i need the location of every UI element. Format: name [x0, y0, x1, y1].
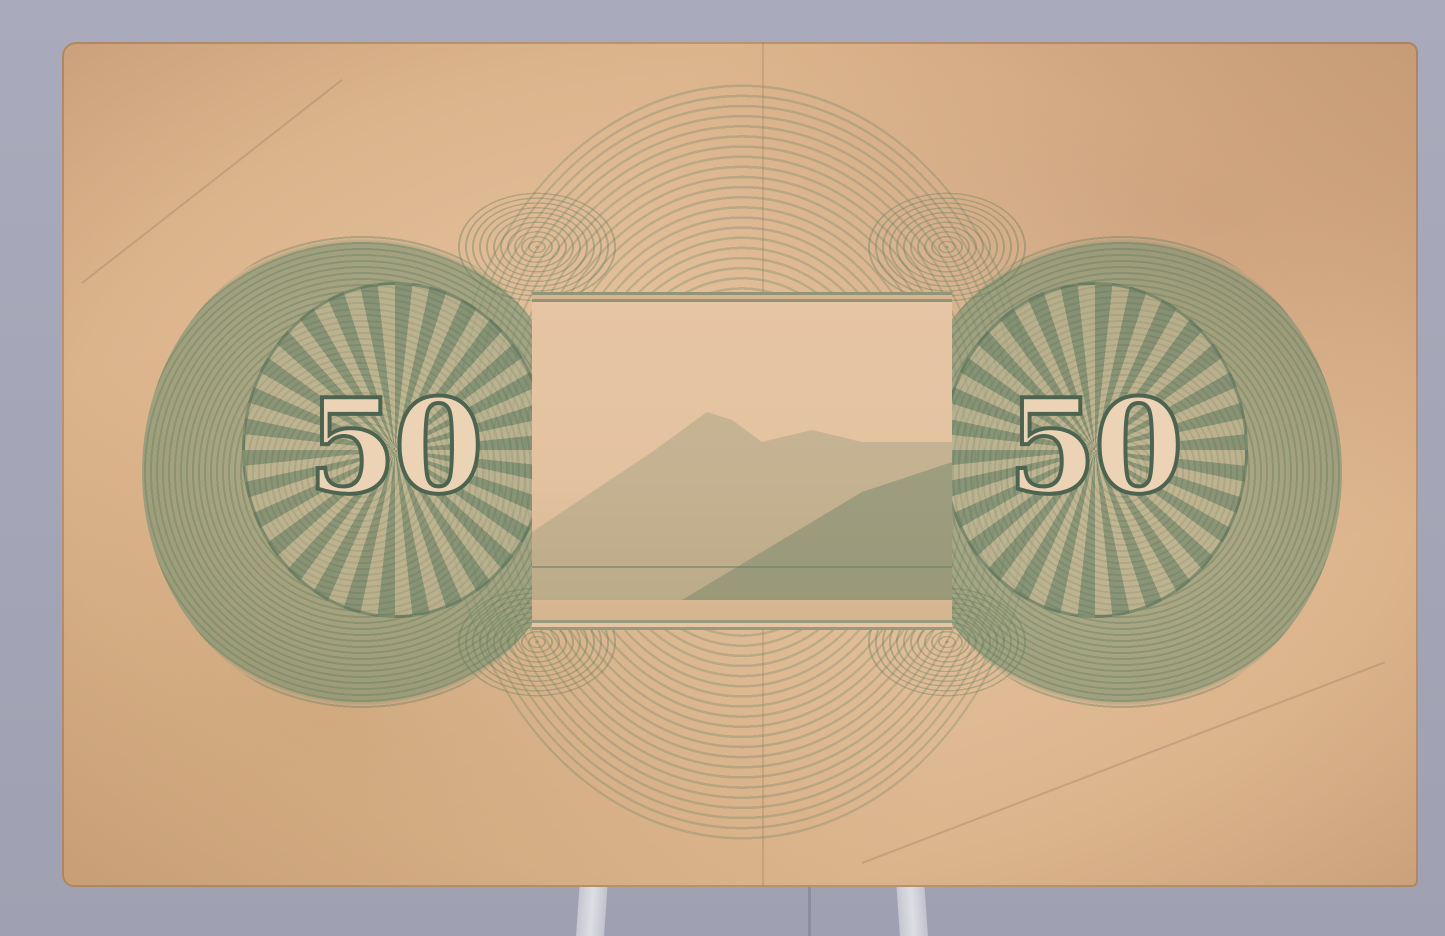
display-stand-left-leg [576, 880, 608, 936]
scroll-ornament [867, 192, 1027, 302]
mountain-vignette-frame [532, 292, 952, 630]
display-stand-right-leg [896, 880, 928, 936]
banknote: 50 50 [62, 42, 1418, 887]
scroll-ornament [457, 192, 617, 302]
stand-shadow-line [808, 880, 811, 936]
mountain-icon [532, 302, 952, 600]
denomination-right: 50 [1007, 382, 1180, 512]
denomination-left: 50 [307, 382, 480, 512]
